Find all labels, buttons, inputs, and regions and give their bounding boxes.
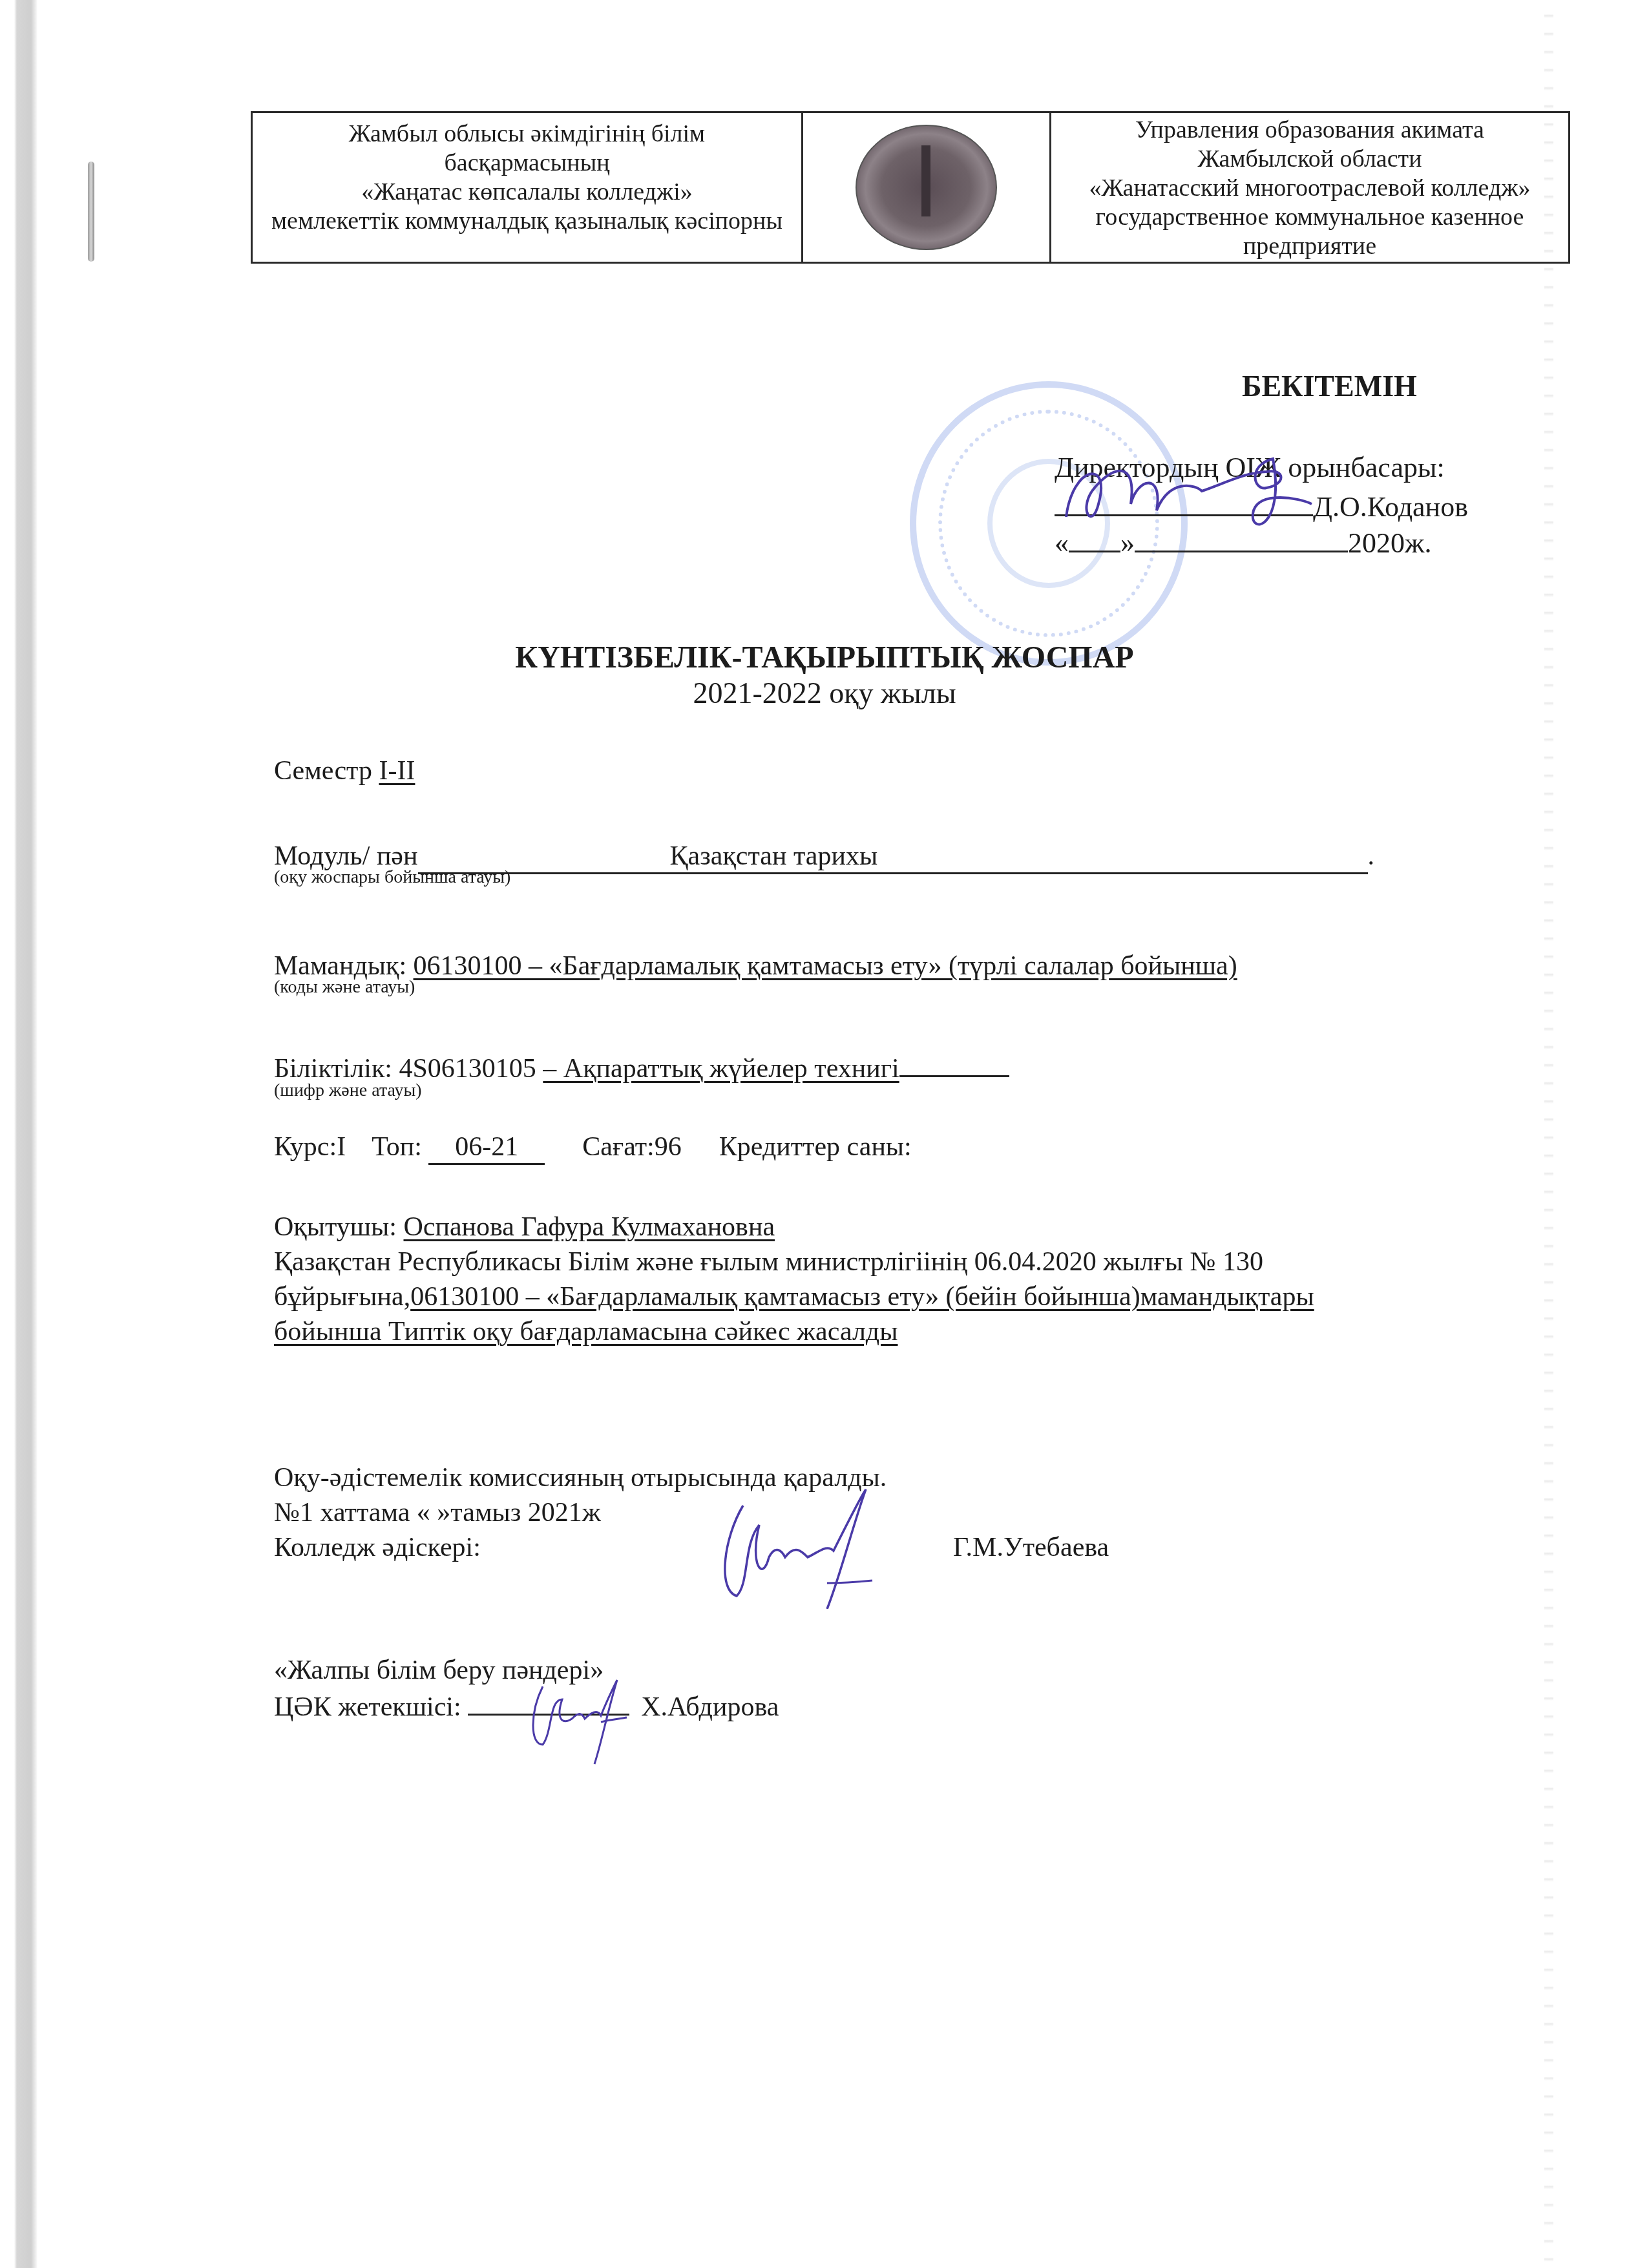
course-line: Курс:IТоп: 06-21Сағат:96Кредиттер саны: bbox=[274, 1131, 912, 1165]
header-right-line: «Жанатасский многоотраслевой колледж» bbox=[1089, 174, 1530, 203]
basis-line-1: Қазақстан Республикасы Білім және ғылым … bbox=[274, 1246, 1263, 1278]
teacher-line: Оқытушы: Оспанова Гафура Кулмахановна bbox=[274, 1211, 775, 1243]
credits-label: Кредиттер саны: bbox=[719, 1132, 912, 1162]
basis-line-3: бойынша Типтік оқу бағдарламасына сәйкес… bbox=[274, 1316, 898, 1348]
basis-prefix: бұйрығына, bbox=[274, 1282, 410, 1312]
header-table: Жамбыл облысы әкімдігінің білім басқарма… bbox=[251, 111, 1570, 264]
qualification-value: – Ақпараттық жүйелер технигі bbox=[543, 1054, 899, 1084]
semester-label: Семестр bbox=[274, 756, 379, 786]
header-emblem-cell bbox=[803, 113, 1051, 262]
signature-icon bbox=[517, 1674, 672, 1770]
module-end: . bbox=[1368, 841, 1375, 871]
header-left-line: басқармасының bbox=[444, 149, 609, 178]
semester-value: I-II bbox=[379, 756, 415, 786]
header-left-line: Жамбыл облысы әкімдігінің білім bbox=[349, 120, 705, 149]
staple-icon bbox=[88, 162, 94, 262]
header-right-line: Жамбылской области bbox=[1197, 145, 1422, 174]
college-emblem-icon bbox=[856, 125, 997, 250]
review-protocol: №1 хаттама « »тамыз 2021ж bbox=[274, 1496, 601, 1529]
hours-value: Сағат:96 bbox=[582, 1132, 681, 1162]
qualification-hint: (шифр және атауы) bbox=[274, 1080, 422, 1101]
header-russian-cell: Управления образования акимата Жамбылско… bbox=[1051, 113, 1568, 262]
course-value: Курс:I bbox=[274, 1132, 346, 1162]
approval-title: БЕКІТЕМІН bbox=[1242, 370, 1417, 403]
basis-line-2: бұйрығына,06130100 – «Бағдарламалық қамт… bbox=[274, 1281, 1314, 1313]
header-right-line: Управления образования акимата bbox=[1135, 116, 1484, 145]
header-kazakh-cell: Жамбыл облысы әкімдігінің білім басқарма… bbox=[253, 113, 803, 262]
specialty-line: Мамандық: 06130100 – «Бағдарламалық қамт… bbox=[274, 950, 1237, 982]
methodist-label: Колледж әдіскері: bbox=[274, 1531, 481, 1564]
header-right-line: государственное коммунальное казенное bbox=[1096, 203, 1524, 232]
group-label: Топ: bbox=[372, 1132, 428, 1162]
group-value: 06-21 bbox=[455, 1132, 518, 1162]
scan-noise bbox=[1544, 0, 1553, 2268]
signature-icon bbox=[698, 1486, 905, 1609]
group-field: 06-21 bbox=[428, 1131, 545, 1165]
header-left-line: мемлекеттік коммуналдық қазыналық кәсіпо… bbox=[271, 207, 782, 236]
academic-year: 2021-2022 оқу жылы bbox=[0, 676, 1649, 711]
qualification-blank bbox=[899, 1052, 1009, 1077]
module-value-field: Қазақстан тарихы bbox=[418, 840, 1368, 874]
teacher-name: Оспанова Гафура Кулмахановна bbox=[403, 1212, 775, 1242]
module-hint: (оқу жоспары бойынша атауы) bbox=[274, 867, 510, 888]
basis-specialty: 06130100 – «Бағдарламалық қамтамасыз ету… bbox=[410, 1282, 1314, 1312]
commission-head-label: ЦӘК жетекшісі: bbox=[274, 1692, 468, 1722]
qualification-label: Біліктілік: 4S06130105 bbox=[274, 1054, 543, 1084]
header-right-line: предприятие bbox=[1243, 232, 1376, 261]
scan-edge-shadow bbox=[0, 0, 37, 2268]
methodist-name: Г.М.Утебаева bbox=[953, 1531, 1109, 1564]
signature-icon bbox=[1053, 439, 1376, 536]
specialty-hint: (коды және атауы) bbox=[274, 977, 415, 998]
specialty-value: 06130100 – «Бағдарламалық қамтамасыз ету… bbox=[414, 951, 1237, 981]
teacher-label: Оқытушы: bbox=[274, 1212, 403, 1242]
header-left-line: «Жаңатас көпсалалы колледжі» bbox=[361, 178, 692, 207]
semester-line: Семестр I-II bbox=[274, 755, 415, 787]
document-title: КҮНТІЗБЕЛІК-ТАҚЫРЫПТЫҚ ЖОСПАР bbox=[0, 640, 1649, 676]
